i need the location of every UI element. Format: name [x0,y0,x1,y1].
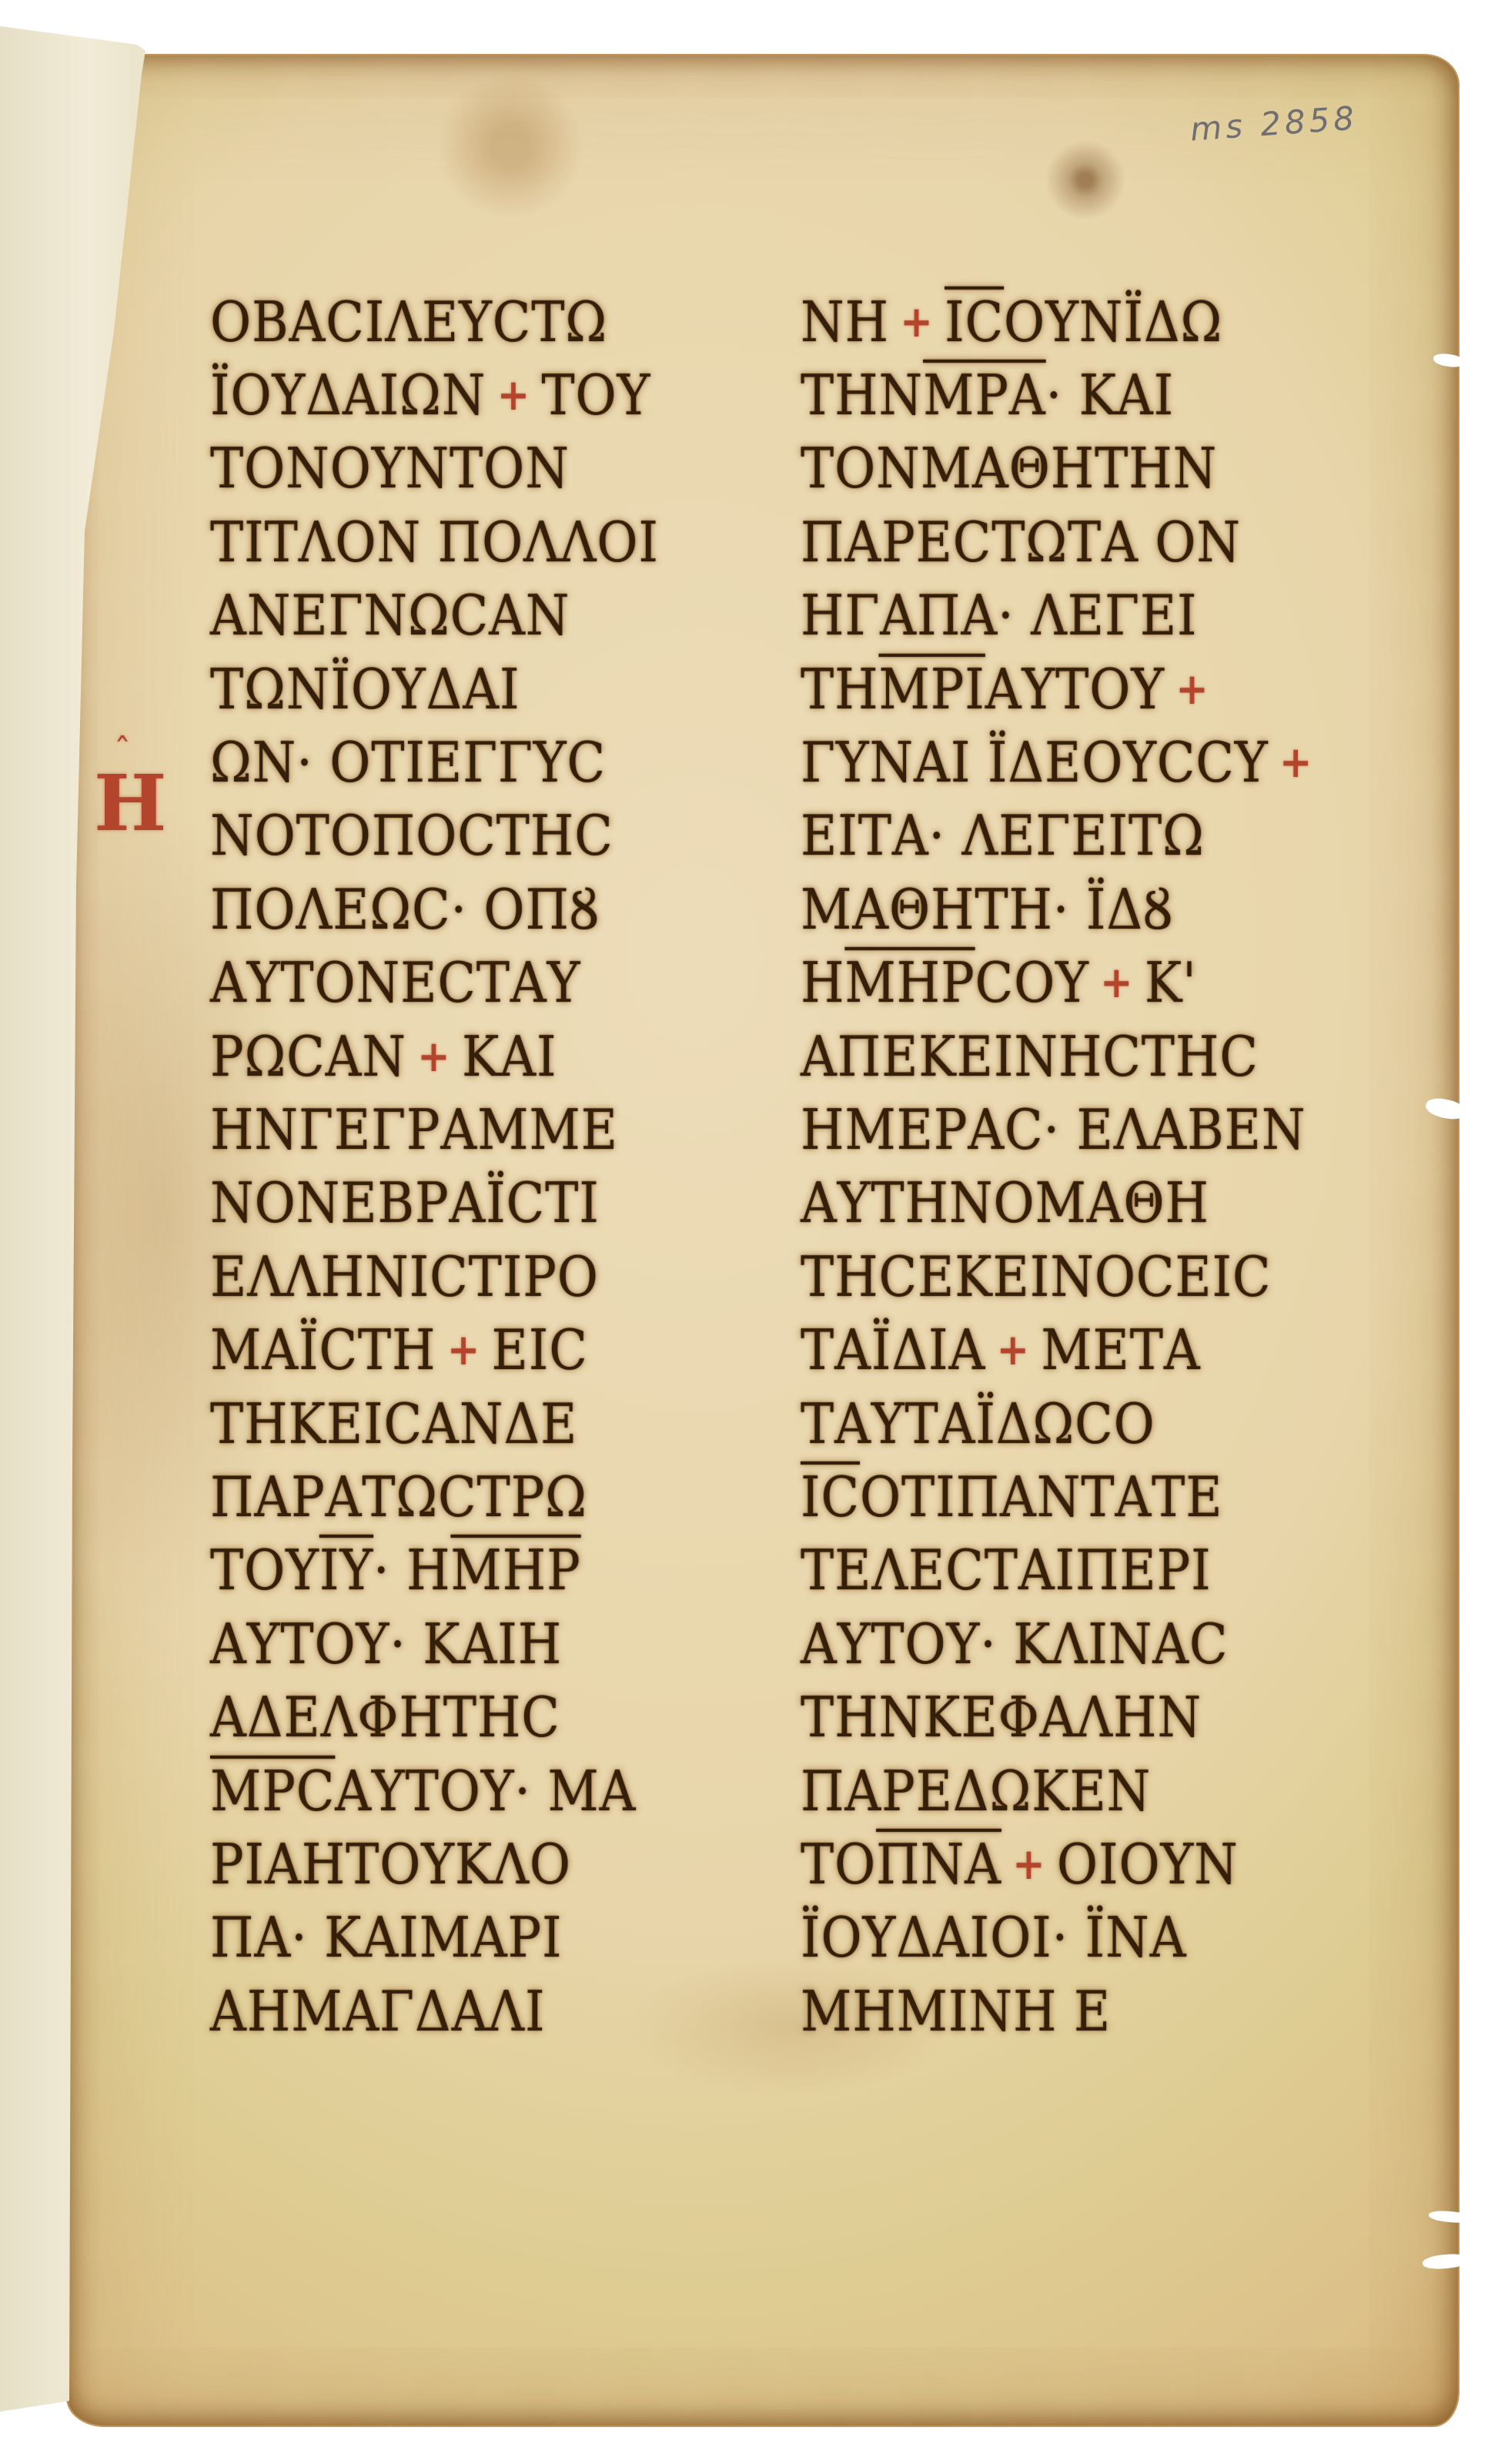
text-segment: ΕΙC [492,1317,588,1382]
text-line: ΠΑΡΑΤΩCΤΡΩ [210,1460,659,1533]
text-segment: ΤΟ [801,1832,876,1897]
text-line: ΤΑΥΤΑΪΔΩCΟ [801,1387,1324,1460]
text-segment: ΠΟΛΕΩC· ΟΠȢ [210,877,599,942]
text-segment: ΟΤΙΠΑΝΤΑΤΕ [860,1465,1223,1529]
text-segment: ΜΗΡ [844,950,975,1015]
text-line: ΕΙΤΑ· ΛΕΓΕΙΤΩ [801,799,1324,872]
text-segment: ΙΥ [319,1538,373,1602]
text-segment: ΠΑΡΑΤΩCΤΡΩ [210,1465,587,1529]
text-segment: ΡΩCΑΝ [210,1024,406,1089]
text-line: ΙCΟΤΙΠΑΝΤΑΤΕ [801,1460,1324,1533]
text-line: ΤΕΛΕCΤΑΙΠΕΡΙ [801,1534,1324,1607]
text-segment: ΟΥΝΪΔΩ [1004,290,1222,354]
text-line: ΪΟΥΔΑΙΩΝ+ΤΟΥ [210,358,659,431]
text-segment: ΗΜΕΡΑC· ΕΛΑΒΕΝ [801,1097,1306,1162]
text-line: ΤΑΪΔΙΑ+ΜΕΤΑ [801,1313,1324,1386]
text-line: ΤΗΜΡΙΑΥΤΟΥ+ [801,652,1324,725]
text-segment: ΗΓΑΠΑ· ΛΕΓΕΙ [801,583,1198,648]
text-line: ΪΟΥΔΑΙΟΙ· ΪΝΑ [801,1901,1324,1974]
text-line: ΠΟΛΕΩC· ΟΠȢ [210,872,659,946]
text-line: ΜΗΜΙΝΗ Ε [801,1974,1324,2047]
text-segment: ΝΟΤΟΠΟCΤΗC [210,803,614,868]
text-line: ΓΥΝΑΙ ΪΔΕΟΥCCΥ+ [801,725,1324,798]
text-line: ΑΥΤΟΥ· ΚΛΙΝΑC [801,1607,1324,1680]
text-column-right: ΝΗ+ΙCΟΥΝΪΔΩΤΗΝΜΡΑ· ΚΑΙΤΟΝΜΑΘΗΤΗΝΠΑΡΕCΤΩΤ… [801,285,1382,2047]
text-segment: ΤΟΥ [541,363,650,427]
text-segment: ΗΝΓΕΓΡΑΜΜΕ [210,1097,618,1162]
text-line: ΡΩCΑΝ+ΚΑΙ [210,1019,659,1093]
text-line: ΜΡCΑΥΤΟΥ· ΜΑ [210,1754,659,1827]
text-segment: ΙC [801,1465,860,1529]
text-line: ΠΑΡΕCΤΩΤΑ ΟΝ [801,505,1324,578]
text-segment: ΝΗ [801,290,889,354]
text-line: ΕΛΛΗΝΙCΤΙΡΟ [210,1240,659,1313]
text-segment: ΤΑΥΤΑΪΔΩCΟ [801,1391,1155,1456]
rubric-cross: + [1175,664,1209,715]
text-line: ΗΜΕΡΑC· ΕΛΑΒΕΝ [801,1093,1324,1166]
text-line: ΤΟΥΙΥ· ΗΜΗΡ [210,1534,659,1607]
text-segment: ΑΝΕΓΝΩCΑΝ [210,583,570,648]
text-line: ΠΑΡΕΔΩΚΕΝ [801,1754,1324,1827]
rubric-cross: + [447,1324,480,1375]
text-segment: ΪΟΥΔΑΙΟΙ· ΪΝΑ [801,1905,1186,1970]
text-segment: Κ' [1145,950,1197,1015]
text-line: ΤΟΝΟΥΝΤΟΝ [210,432,659,505]
rubric-cross: + [1100,957,1133,1008]
text-segment: ΑΥΤΟΥ· ΚΛΙΝΑC [801,1612,1228,1676]
text-line: ΤΟΠΝΑ+ΟΙΟΥΝ [801,1827,1324,1900]
text-segment: ΜΕΤΑ [1041,1317,1200,1382]
text-segment: ΤΟΥ [210,1538,319,1602]
rubric-cross: + [1012,1839,1045,1890]
text-segment: ΓΥΝΑΙ ΪΔΕΟΥCCΥ [801,730,1269,795]
text-line: ΑΔΕΛΦΗΤΗC [210,1680,659,1753]
text-segment: ΟΒΑCΙΛΕΥCΤΩ [210,290,607,354]
text-line: ΤΗΝΜΡΑ· ΚΑΙ [801,358,1324,431]
text-segment: ΟΙΟΥΝ [1057,1832,1239,1897]
text-segment: ΡΙΑΗΤΟΥΚΛΟ [210,1832,571,1897]
shelfmark-label: ms 2858 [1189,99,1359,148]
text-line: ΟΒΑCΙΛΕΥCΤΩ [210,285,659,358]
text-line: ΑΥΤΟΝΕCΤΑΥ [210,946,659,1019]
text-line: ΜΑΘΗΤΗ· ΪΔȢ [801,872,1324,946]
text-segment: ΤΕΛΕCΤΑΙΠΕΡΙ [801,1538,1212,1602]
text-segment: ΜΡΙ [879,657,985,721]
text-segment: ΑΥΤΗΝΟΜΑΘΗ [801,1170,1209,1235]
text-line: ΤΙΤΛΟΝ ΠΟΛΛΟΙ [210,505,659,578]
text-segment: ΚΑΙ [462,1024,557,1089]
text-segment: · ΚΑΙ [1046,363,1175,427]
rubric-cross: + [900,296,933,347]
text-segment: ΑΥΤΟΥ· ΜΑ [335,1759,636,1823]
text-segment: · Η [373,1538,450,1602]
text-segment: ΤΩΝΪΟΥΔΑΙ [210,657,520,721]
text-segment: CΟΥ [975,950,1089,1015]
text-segment: ΜΡC [210,1759,335,1823]
text-line: ΑΥΤΗΝΟΜΑΘΗ [801,1167,1324,1240]
text-segment: ΑΥΤΟΥ· ΚΑΙΗ [210,1612,562,1676]
rubric-cross: + [417,1031,450,1082]
text-line: ΩΝ· ΟΤΙΕΓΓΥC [210,725,659,798]
text-segment: ΪΟΥΔΑΙΩΝ [210,363,486,427]
breathing-mark: ˆ [114,731,131,771]
text-segment: ΤΗΝ [801,363,923,427]
text-segment: ΑΠΕΚΕΙΝΗCΤΗC [801,1024,1259,1089]
text-segment: ΕΙΤΑ· ΛΕΓΕΙΤΩ [801,803,1205,868]
text-line: ΑΝΕΓΝΩCΑΝ [210,579,659,652]
text-segment: ΙC [945,290,1004,354]
text-segment: ΑΔΕΛΦΗΤΗC [210,1685,560,1749]
text-segment: ΠΑΡΕΔΩΚΕΝ [801,1759,1151,1823]
text-segment: ΤΑΪΔΙΑ [801,1317,985,1382]
text-segment: ΜΑΘΗΤΗ· ΪΔȢ [801,877,1172,942]
text-line: ΤΗCΕΚΕΙΝΟCΕΙC [801,1240,1324,1313]
text-segment: ΜΑΪCΤΗ [210,1317,436,1382]
text-line: ΤΗΚΕΙCΑΝΔΕ [210,1387,659,1460]
text-segment: ΜΗΜΙΝΗ Ε [801,1979,1111,2044]
text-line: ΤΗΝΚΕΦΑΛΗΝ [801,1680,1324,1753]
text-line: ΑΥΤΟΥ· ΚΑΙΗ [210,1607,659,1680]
text-segment: ΝΟΝΕΒΡΑΪCΤΙ [210,1170,600,1235]
text-segment: ΤΗCΕΚΕΙΝΟCΕΙC [801,1244,1272,1309]
text-segment: ΤΗ [801,657,879,721]
text-segment: ΤΗΝΚΕΦΑΛΗΝ [801,1685,1202,1749]
text-segment: ΠΑΡΕCΤΩΤΑ ΟΝ [801,510,1241,574]
text-line: ΝΗ+ΙCΟΥΝΪΔΩ [801,285,1324,358]
text-line: ΜΑΪCΤΗ+ΕΙC [210,1313,659,1386]
text-segment: ΜΗΡ [450,1538,580,1602]
text-segment: ΤΟΝΜΑΘΗΤΗΝ [801,436,1217,500]
rubric-cross: + [497,370,530,420]
text-segment: ΤΗΚΕΙCΑΝΔΕ [210,1391,577,1456]
text-line: ΗΜΗΡCΟΥ+Κ' [801,946,1324,1019]
marginal-initial-letter: Η [94,758,166,849]
text-line: ΗΝΓΕΓΡΑΜΜΕ [210,1093,659,1166]
rubric-cross: + [1279,737,1312,788]
text-segment: ΠΑ· ΚΑΙΜΑΡΙ [210,1905,563,1970]
text-segment: ΑΥΤΟΥ [985,657,1165,721]
text-segment: ΕΛΛΗΝΙCΤΙΡΟ [210,1244,599,1309]
text-line: ΡΙΑΗΤΟΥΚΛΟ [210,1827,659,1900]
text-line: ΝΟΤΟΠΟCΤΗC [210,799,659,872]
text-segment: ΩΝ· ΟΤΙΕΓΓΥC [210,730,606,795]
text-line: ΤΟΝΜΑΘΗΤΗΝ [801,432,1324,505]
text-segment: ΜΡΑ [923,363,1045,427]
text-segment: ΑΗΜΑΓΔΑΛΙ [210,1979,546,2044]
manuscript-photo: ms 2858 Η ˆ ΟΒΑCΙΛΕΥCΤΩΪΟΥΔΑΙΩΝ+ΤΟΥΤΟΝΟΥ… [0,0,1498,2464]
text-line: ΑΠΕΚΕΙΝΗCΤΗC [801,1019,1324,1093]
marginal-initial: Η ˆ [94,758,166,849]
text-line: ΝΟΝΕΒΡΑΪCΤΙ [210,1167,659,1240]
text-line: ΑΗΜΑΓΔΑΛΙ [210,1974,659,2047]
text-segment: ΤΟΝΟΥΝΤΟΝ [210,436,570,500]
text-line: ΗΓΑΠΑ· ΛΕΓΕΙ [801,579,1324,652]
text-line: ΤΩΝΪΟΥΔΑΙ [210,652,659,725]
text-segment: ΠΝΑ [876,1832,1001,1897]
text-column-left: ΟΒΑCΙΛΕΥCΤΩΪΟΥΔΑΙΩΝ+ΤΟΥΤΟΝΟΥΝΤΟΝΤΙΤΛΟΝ Π… [210,285,709,2047]
text-segment: ΑΥΤΟΝΕCΤΑΥ [210,950,580,1015]
parchment-leaf: ms 2858 Η ˆ ΟΒΑCΙΛΕΥCΤΩΪΟΥΔΑΙΩΝ+ΤΟΥΤΟΝΟΥ… [66,54,1460,2427]
text-segment: ΤΙΤΛΟΝ ΠΟΛΛΟΙ [210,510,659,574]
text-line: ΠΑ· ΚΑΙΜΑΡΙ [210,1901,659,1974]
rubric-cross: + [997,1324,1030,1375]
text-segment: Η [801,950,844,1015]
